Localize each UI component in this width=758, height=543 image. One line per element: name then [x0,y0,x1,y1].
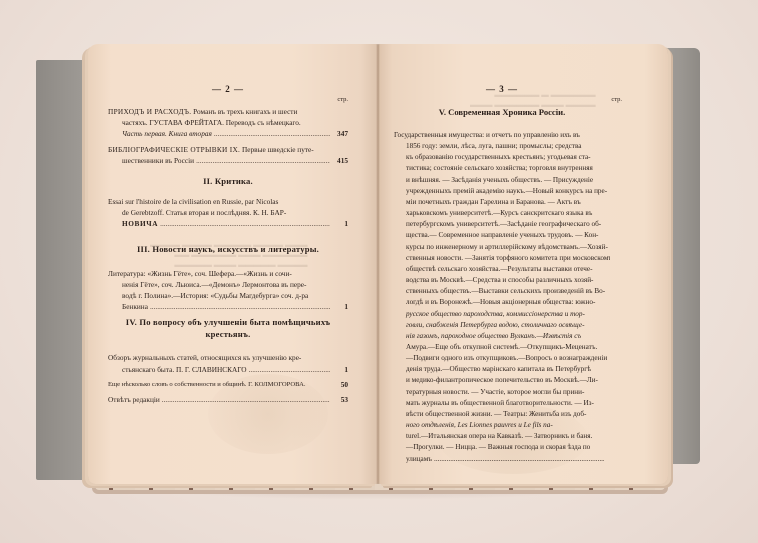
body-line: міи почетныхъ граждан Гарелина и Баранов… [394,197,610,208]
body-line: ного отдѣленія, Les Lionnes pauvres и Le… [394,420,610,431]
body-line: 1856 году: земли, лѣса, луга, пашни; про… [394,141,610,152]
entry-text: de Gerebtzoff. Статья вторая и послѣдняя… [108,207,348,218]
body-line: вѣсти общественной жизни. — Театры: Жени… [394,409,610,420]
entry-text: стьянскаго быта. П. Г. СЛАВИНСКАГО [122,364,247,375]
section-heading-line: IV. По вопросу объ улучшеніи быта помѣщи… [108,316,348,328]
leader-dots [249,364,330,375]
body-line: тературныя новости. — Участіе, которое м… [394,387,610,398]
body-line: ственныхъ обществъ.—Выставки сельскихъ п… [394,286,610,297]
leader-dots [150,301,330,312]
body-line: логдѣ и въ Воронежѣ.—Новыя акціонерныя о… [394,297,610,308]
body-line: и медико-филантропическое попечительство… [394,375,610,386]
entry-text: Литература: «Жизнь Гёте», соч. Шефера.—«… [108,268,348,279]
body-line: русское общество пароходства, коммиссіон… [394,309,610,320]
leader-dots [196,155,330,166]
section-heading: III. Новости наукъ, искусствъ и литерату… [108,244,348,254]
body-line: улицамъ [406,454,432,465]
column-label-left: стр. [108,96,348,103]
body-line: Амура.—Еще объ откупной системѣ.—Откупщи… [394,342,610,353]
toc-entry: Essai sur l'histoire de la civilisation … [108,196,348,230]
entry-text: Часть первая. Книга вторая [122,128,212,139]
body-line: учрежденныхъ премій академію наукъ.—Новы… [394,186,610,197]
entry-text: Романъ въ трехъ книгахъ и шести [193,107,297,116]
page-ref: 50 [332,379,348,390]
body-line: щества.— Современное направленіе ученыхъ… [394,230,610,241]
column-label-right: стр. [394,96,622,103]
body-line: обществѣ сельскаго хозяйства.—Результаты… [394,264,610,275]
page-number-right: — 3 — [394,84,610,94]
body-line: нія газомъ, пароходное общество Вулканъ.… [394,331,610,342]
entry-title: БИБЛІОГРАФИЧЕСКІЕ ОТРЫВКИ IX. [108,145,240,154]
page-ref: 1 [332,218,348,229]
body-line: харьковскомъ университетѣ.—Курсъ санскри… [394,208,610,219]
book-gutter [376,44,380,484]
body-line: мать журналы въ общественной благотворит… [394,398,610,409]
body-line: денія труда.—Общество марінскаго капитал… [394,364,610,375]
body-line-last: улицамъ ................................… [394,454,610,465]
body-line: —Прогулки. — Ницца. — Важныя господа и с… [394,442,610,453]
body-line: —Подвиги одного изъ откупщиковъ.—Вопросъ… [394,353,610,364]
entry-text: ненія Гёте», соч. Льюиса.—«Демонъ» Лермо… [108,279,348,290]
page-ref: 415 [332,155,348,166]
entry-text: Обзоръ журнальныхъ статей, относящихся к… [108,352,348,363]
body-line: петербургскомъ университетѣ.—Засѣданіе г… [394,219,610,230]
entry-text: водѣ г. Полина».—История: «Судьбы Магдеб… [108,290,348,301]
body-line: тистика; состояніе сельскаго хозяйства; … [394,163,610,174]
entry-text: Essai sur l'histoire de la civilisation … [108,196,348,207]
body-line: Государственныя имущества: и отчетъ по у… [394,130,610,141]
body-line: ственныя новости. —Занятія торфяного ком… [394,253,610,264]
entry-text: шественники въ Россіи [122,155,194,166]
page-ref: 1 [332,364,348,375]
entry-text: Первые шведскіе путе- [242,145,314,154]
page-ref: 53 [332,394,348,405]
leader-dots [160,218,330,229]
page-ref: 347 [332,128,348,139]
body-line: и внѣшняя. — Засѣданія ученыхъ обществъ.… [394,175,610,186]
entry-text: Бенкина [122,301,148,312]
body-line: водства въ Москвѣ.—Средства и способы ра… [394,275,610,286]
body-line: къ образованію государственныхъ крестьян… [394,152,610,163]
entry-author: НОВИЧА [122,218,158,229]
toc-entry: Еще нѣсколько словъ о собственности и об… [108,379,348,390]
toc-entry: Литература: «Жизнь Гёте», соч. Шефера.—«… [108,268,348,313]
section-heading: V. Современная Хроника Россіи. [394,107,610,117]
leader-dots: ........................................… [434,454,604,465]
left-page-content: — 2 — стр. ПРИХОДЪ И РАСХОДЪ. Романъ въ … [108,84,348,409]
section-heading: IV. По вопросу объ улучшеніи быта помѣщи… [108,316,348,340]
page-number-left: — 2 — [108,84,348,94]
body-line: говли, снабженія Петербурга водою, столи… [394,320,610,331]
body-line: курсы по инженерному и артиллерійскому в… [394,242,610,253]
toc-entry: Отвѣтъ редакціи53 [108,394,348,405]
leader-dots [214,128,330,139]
section-heading: II. Критика. [108,176,348,186]
entry-text: Еще нѣсколько словъ о собственности и об… [108,379,306,390]
entry-title: ПРИХОДЪ И РАСХОДЪ. [108,107,191,116]
toc-entry: ПРИХОДЪ И РАСХОДЪ. Романъ въ трехъ книга… [108,106,348,140]
page-ref: 1 [332,301,348,312]
section-body: Государственныя имущества: и отчетъ по у… [394,130,610,465]
body-line: turel.—Итальянская опера на Кавказѣ. — З… [394,431,610,442]
entry-text: Отвѣтъ редакціи [108,394,160,405]
toc-entry: БИБЛІОГРАФИЧЕСКІЕ ОТРЫВКИ IX. Первые шве… [108,144,348,166]
leader-dots [162,394,330,405]
section-heading-line: крестьянъ. [108,328,348,340]
right-page-content: — 3 — стр. V. Современная Хроника Россіи… [394,84,610,465]
toc-entry: Обзоръ журнальныхъ статей, относящихся к… [108,352,348,374]
entry-text: частяхъ. ГУСТАВА ФРЕЙТАГА. Переводъ съ н… [108,117,348,128]
